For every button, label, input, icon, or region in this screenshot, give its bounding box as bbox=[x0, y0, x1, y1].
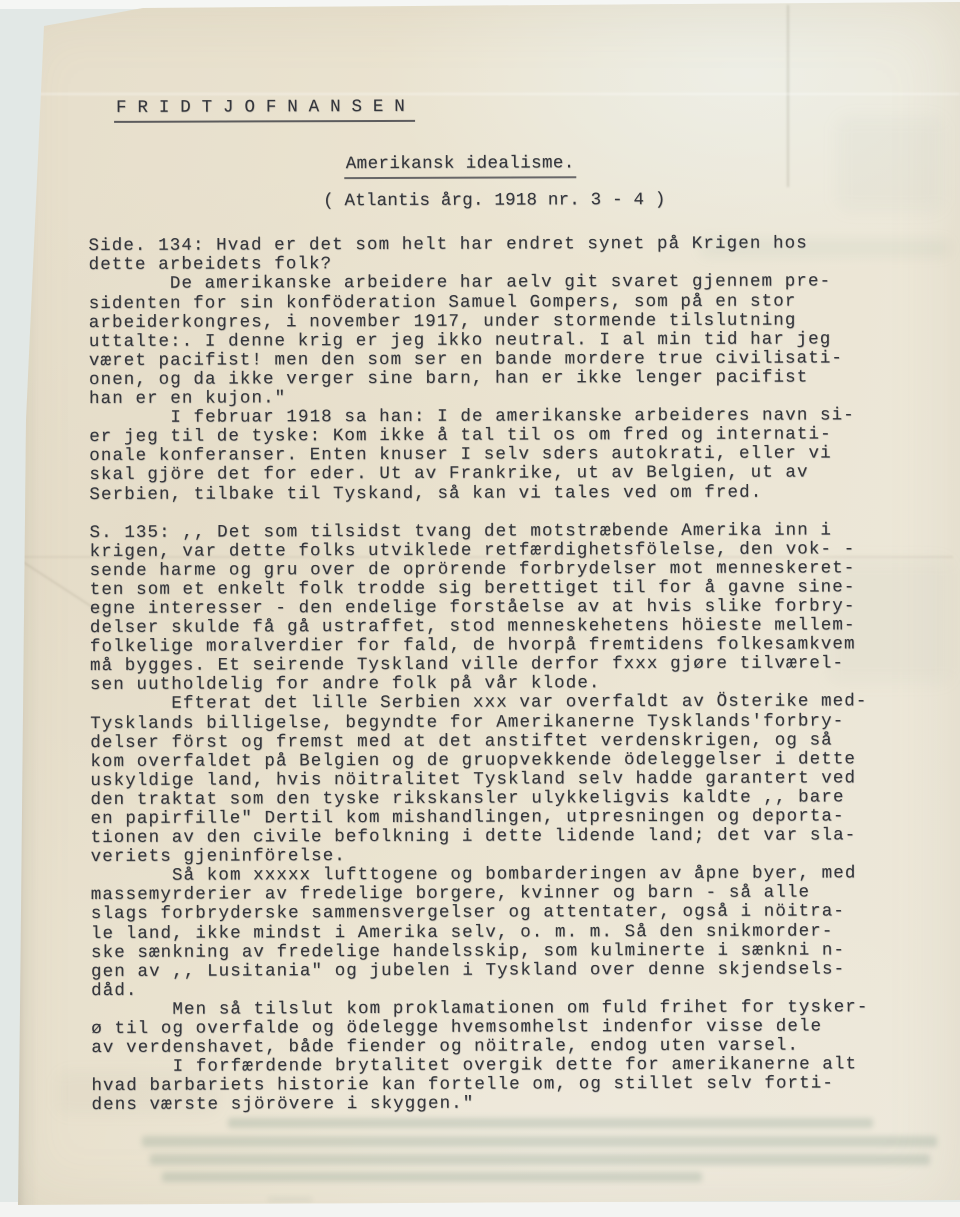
paper-left-edge-shadow bbox=[16, 60, 38, 1209]
paragraph-proclamation: Men så tilslut kom proklamationen om ful… bbox=[91, 998, 895, 1058]
typewritten-content: F R I D T J O F N A N S E N Amerikansk i… bbox=[88, 96, 896, 1115]
bleedthrough-ghost-mark bbox=[268, 1198, 312, 1201]
paragraph-gompers-quote: De amerikanske arbeidere har aelv git sv… bbox=[89, 273, 893, 409]
paragraph-side-134-question: Side. 134: Hvad er det som helt har endr… bbox=[88, 234, 892, 275]
paragraph-february-1918: I februar 1918 sa han: I de amerikanske … bbox=[89, 406, 893, 504]
author-header-row: F R I D T J O F N A N S E N bbox=[88, 96, 892, 123]
source-citation: ( Atlantis årg. 1918 nr. 3 - 4 ) bbox=[323, 191, 666, 211]
document-title: Amerikansk idealisme. bbox=[344, 154, 577, 179]
source-row: ( Atlantis årg. 1918 nr. 3 - 4 ) bbox=[88, 190, 892, 212]
scanned-document-view: F R I D T J O F N A N S E N Amerikansk i… bbox=[0, 0, 960, 1217]
author-header: F R I D T J O F N A N S E N bbox=[114, 98, 415, 123]
document-body: Side. 134: Hvad er det som helt har endr… bbox=[88, 234, 895, 1115]
paper-sheet: F R I D T J O F N A N S E N Amerikansk i… bbox=[0, 0, 960, 1217]
bleedthrough-ghost-text-line bbox=[150, 1154, 930, 1165]
bleedthrough-ghost-text-line bbox=[142, 1136, 937, 1147]
paragraph-closing: I forfærdende brytalitet overgik dette f… bbox=[91, 1055, 895, 1115]
bleedthrough-ghost-text-line bbox=[162, 1172, 702, 1182]
paragraph-side-135: S. 135: ,, Det som tilsidst tvang det mo… bbox=[89, 521, 894, 696]
paragraph-lusitania: Så kom xxxxx lufttogene og bombarderinge… bbox=[91, 864, 895, 1000]
paragraph-serbia-belgium: Efterat det lille Serbien xxx var overfa… bbox=[90, 693, 895, 868]
fold-crease-top bbox=[30, 93, 960, 95]
title-row: Amerikansk idealisme. bbox=[88, 153, 892, 180]
bleedthrough-ghost-text-line bbox=[228, 1118, 873, 1128]
